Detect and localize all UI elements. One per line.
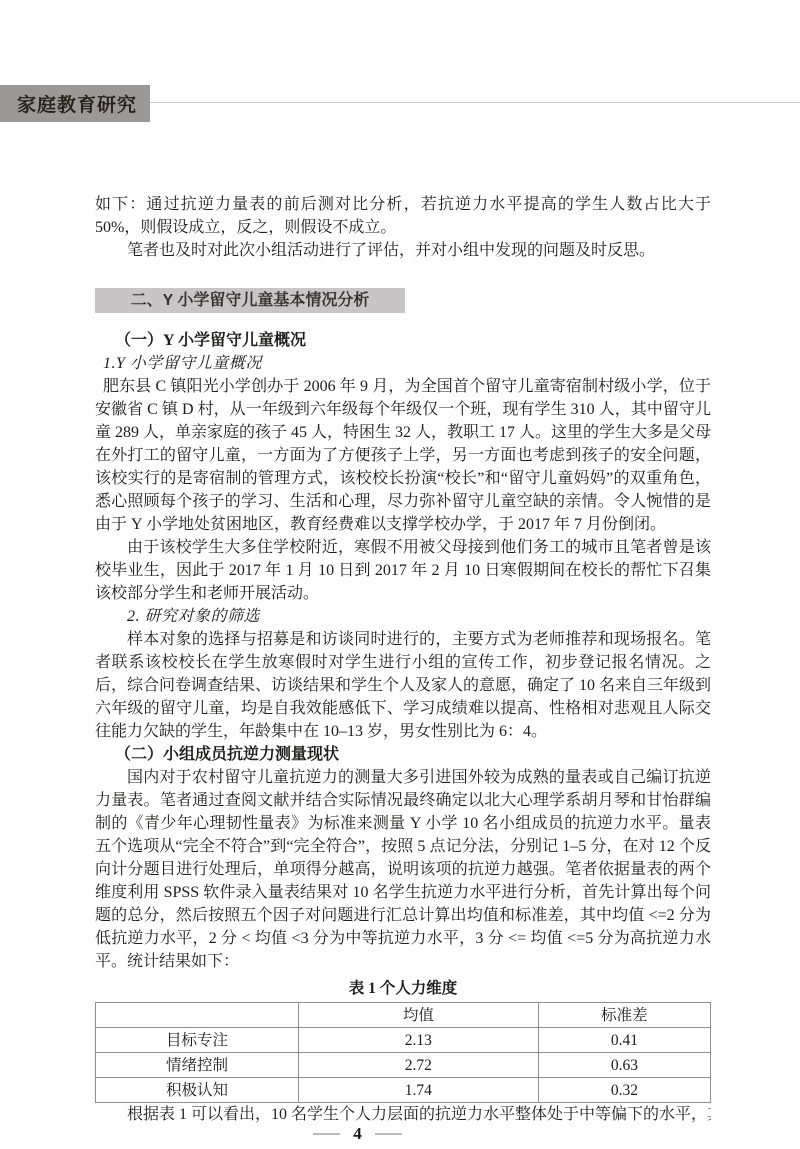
subsection-1-2-heading: 2. 研究对象的筛选 — [95, 605, 711, 628]
journal-brand-box: 家庭教育研究 — [0, 85, 150, 122]
table1-cell-mean: 1.74 — [298, 1078, 538, 1103]
table1-cell-mean: 2.13 — [298, 1028, 538, 1053]
paragraph-sample-selection: 样本对象的选择与招募是和访谈同时进行的，主要方式为老师推荐和现场报名。笔者联系该… — [95, 628, 711, 743]
subsection-1-heading: （一）Y 小学留守儿童概况 — [95, 329, 711, 352]
paragraph-evaluation: 笔者也及时对此次小组活动进行了评估，并对小组中发现的问题及时反思。 — [95, 239, 711, 262]
table1-header-cell-sd: 标准差 — [538, 1003, 710, 1028]
table1-row: 情绪控制 2.72 0.63 — [96, 1053, 711, 1078]
paragraph-activity: 由于该校学生大多住学校附近，寒假不用被父母接到他们务工的城市且笔者曾是该校毕业生… — [95, 536, 711, 605]
paragraph-measurement: 国内对于农村留守儿童抗逆力的测量大多引进国外较为成熟的量表或自己编订抗逆力量表。… — [95, 766, 711, 973]
table1-title: 表 1 个人力维度 — [95, 978, 711, 999]
table1-header-row: 均值 标准差 — [96, 1003, 711, 1028]
table1-cell-sd: 0.41 — [538, 1028, 710, 1053]
article-body: 如下：通过抗逆力量表的前后测对比分析，若抗逆力水平提高的学生人数占比大于 50%… — [95, 193, 711, 1126]
table1-cell-label: 积极认知 — [96, 1078, 299, 1103]
table1: 均值 标准差 目标专注 2.13 0.41 情绪控制 2.72 0.63 积极认… — [95, 1002, 711, 1103]
footer-dash — [375, 1133, 402, 1135]
footer-dash — [313, 1133, 340, 1135]
table1-cell-sd: 0.32 — [538, 1078, 710, 1103]
table1-cell-sd: 0.63 — [538, 1053, 710, 1078]
table1-cell-label: 情绪控制 — [96, 1053, 299, 1078]
table1-header-cell-mean: 均值 — [298, 1003, 538, 1028]
subsection-1-1-heading: 1.Y 小学留守儿童概况 — [95, 352, 711, 375]
paragraph-school-overview: 肥东县 C 镇阳光小学创办于 2006 年 9 月，为全国首个留守儿童寄宿制村级… — [95, 375, 711, 536]
header-rule — [150, 102, 800, 103]
paragraph-conclusion: 根据表 1 可以看出，10 名学生个人力层面的抗逆力水平整体处于中等偏下的水平，… — [95, 1103, 711, 1126]
table1-cell-mean: 2.72 — [298, 1053, 538, 1078]
page-footer: 4 — [0, 1124, 715, 1144]
table1-header-cell-blank — [96, 1003, 299, 1028]
document-page: 家庭教育研究 如下：通过抗逆力量表的前后测对比分析，若抗逆力水平提高的学生人数占… — [0, 0, 800, 1149]
paragraph-continuation: 如下：通过抗逆力量表的前后测对比分析，若抗逆力水平提高的学生人数占比大于 50%… — [95, 193, 711, 239]
table1-row: 积极认知 1.74 0.32 — [96, 1078, 711, 1103]
section-heading-banner: 二、Y 小学留守儿童基本情况分析 — [95, 288, 405, 313]
journal-brand-label: 家庭教育研究 — [17, 90, 137, 117]
page-number: 4 — [353, 1124, 362, 1144]
subsection-2-heading: （二）小组成员抗逆力测量现状 — [95, 743, 711, 766]
table1-row: 目标专注 2.13 0.41 — [96, 1028, 711, 1053]
table1-cell-label: 目标专注 — [96, 1028, 299, 1053]
